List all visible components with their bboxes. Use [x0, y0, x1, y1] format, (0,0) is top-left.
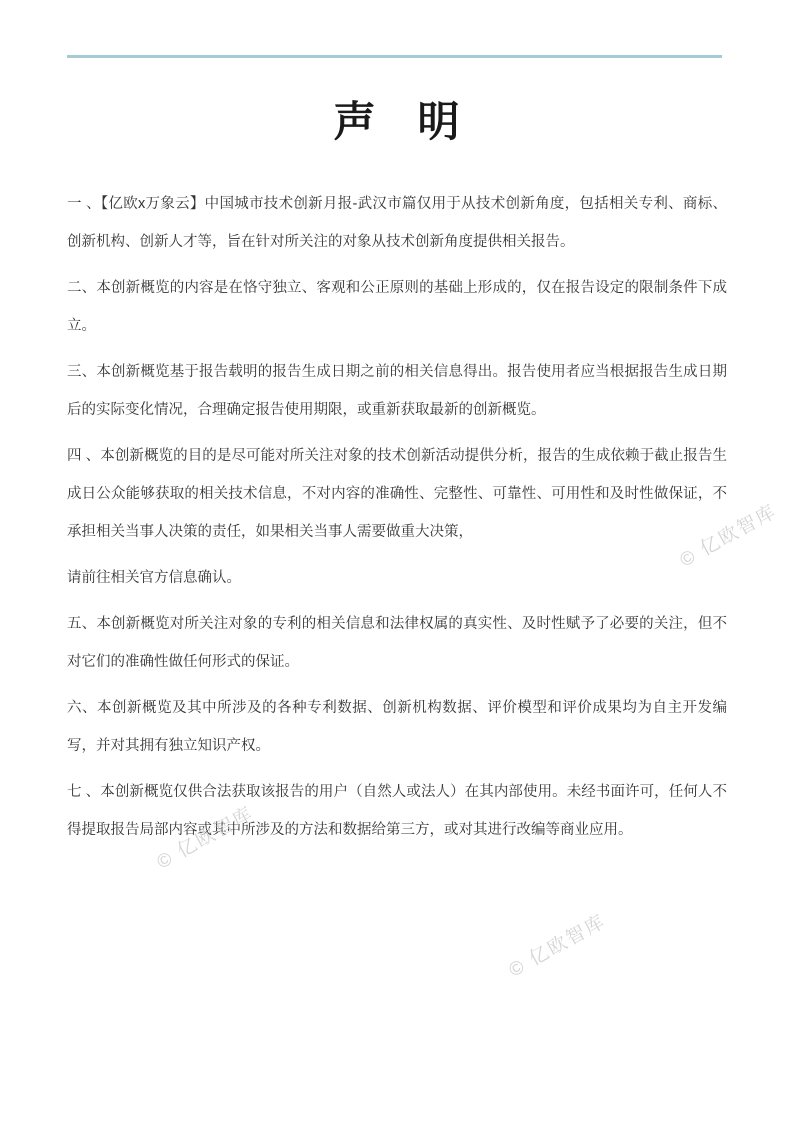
declaration-body: 一 、【亿欧x万象云】中国城市技术创新月报-武汉市篇仅用于从技术创新角度，包括相…	[67, 185, 727, 857]
declaration-paragraph-3: 三、本创新概览基于报告载明的报告生成日期之前的相关信息得出。报告使用者应当根据报…	[67, 353, 727, 429]
declaration-paragraph-5: 五、本创新概览对所关注对象的专利的相关信息和法律权属的真实性、及时性赋予了必要的…	[67, 605, 727, 681]
page-title: 声 明	[0, 96, 793, 148]
yiou-zhiku-watermark: © 亿欧智库	[503, 907, 610, 983]
declaration-paragraph-7: 七 、本创新概览仅供合法获取该报告的用户（自然人或法人）在其内部使用。未经书面许…	[67, 773, 727, 849]
declaration-page: 声 明 一 、【亿欧x万象云】中国城市技术创新月报-武汉市篇仅用于从技术创新角度…	[0, 0, 793, 1123]
declaration-paragraph-6: 六、本创新概览及其中所涉及的各种专利数据、创新机构数据、评价模型和评价成果均为自…	[67, 689, 727, 765]
declaration-paragraph-1: 一 、【亿欧x万象云】中国城市技术创新月报-武汉市篇仅用于从技术创新角度，包括相…	[67, 185, 727, 261]
declaration-paragraph-4-continuation: 请前往相关官方信息确认。	[67, 559, 727, 597]
declaration-paragraph-2: 二、本创新概览的内容是在恪守独立、客观和公正原则的基础上形成的，仅在报告设定的限…	[67, 269, 727, 345]
declaration-paragraph-4: 四 、本创新概览的目的是尽可能对所关注对象的技术创新活动提供分析，报告的生成依赖…	[67, 437, 727, 551]
header-divider-line	[67, 55, 722, 58]
